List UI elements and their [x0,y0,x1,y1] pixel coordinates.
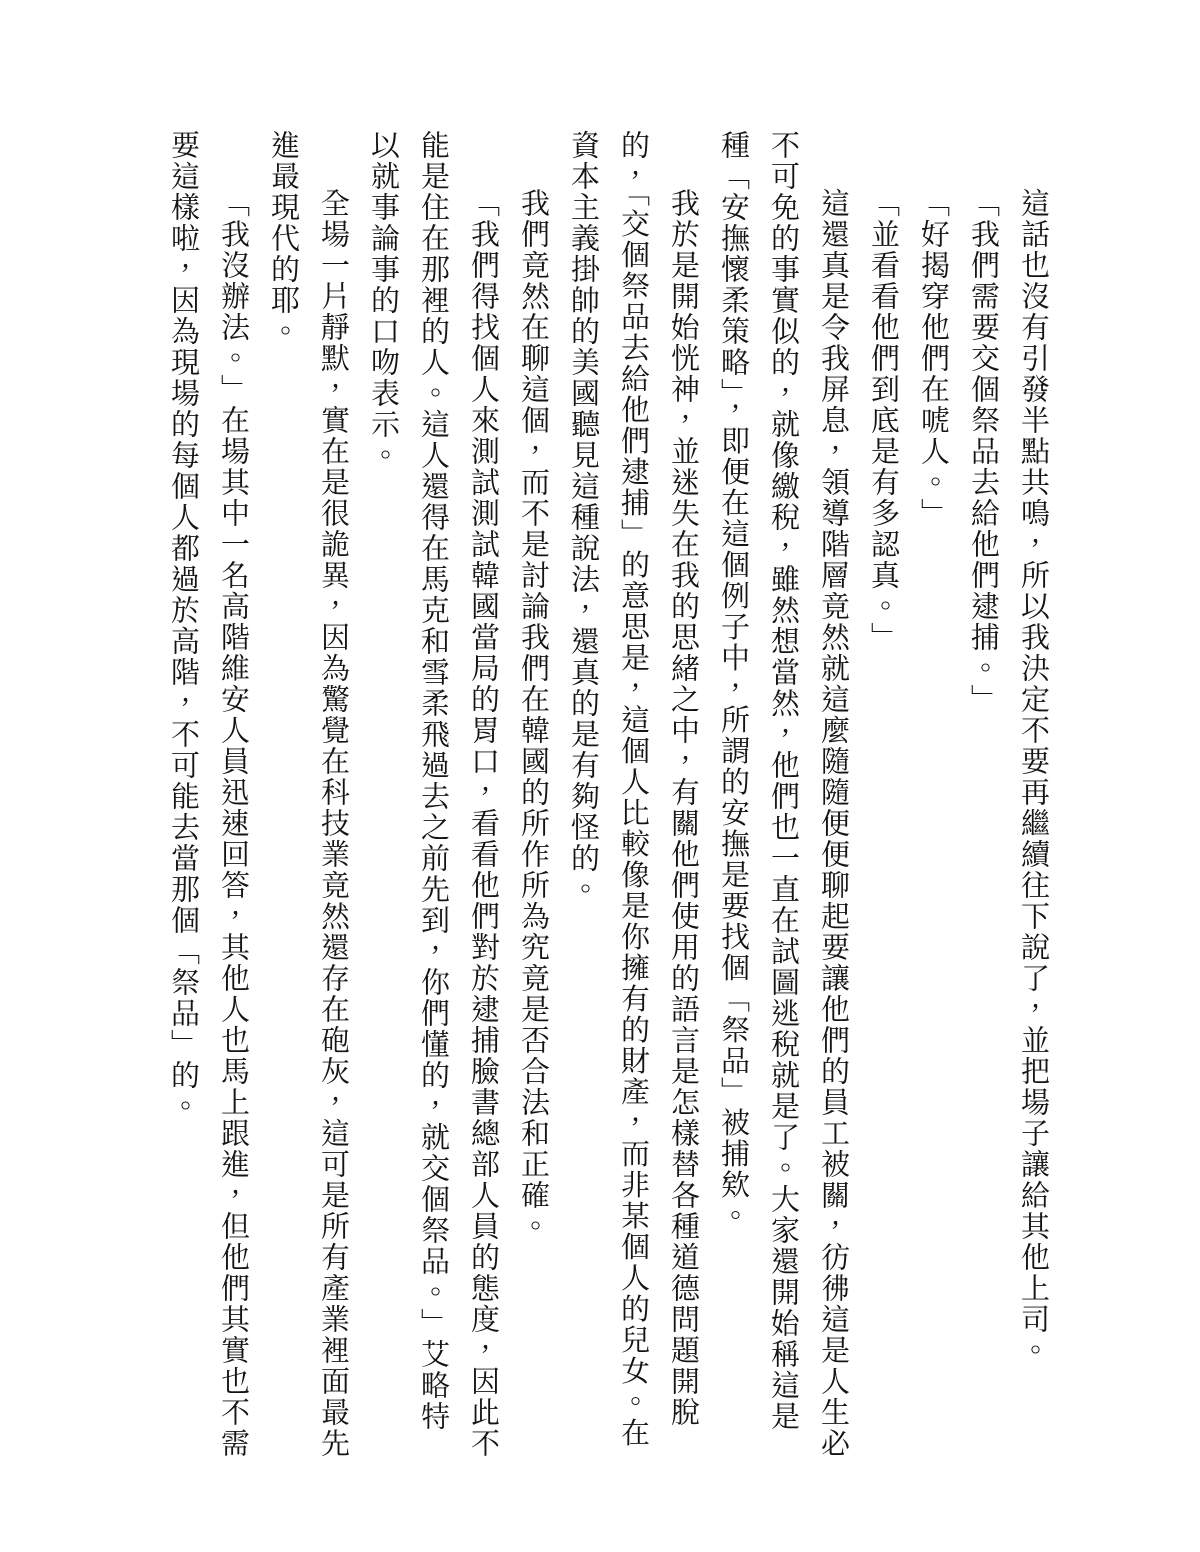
paragraph-9: 全場一片靜默，實在是很詭異，因為驚覺在科技業竟然還存在砲灰，這可是所有產業裡面最… [258,130,358,1462]
paragraph-3: 「好揭穿他們在唬人。」 [908,130,958,1462]
book-page: 這話也沒有引發半點共鳴，所以我決定不要再繼續往下說了，並把場子讓給其他上司。 「… [0,0,1200,1552]
paragraph-10: 「我沒辦法。」在場其中一名高階維安人員迅速回答，其他人也馬上跟進，但他們其實也不… [158,130,258,1462]
paragraph-8: 「我們得找個人來測試測試韓國當局的胃口，看看他們對於逮捕臉書總部人員的態度，因此… [358,130,508,1462]
paragraph-1: 這話也沒有引發半點共鳴，所以我決定不要再繼續往下說了，並把場子讓給其他上司。 [1008,130,1058,1462]
paragraph-2: 「我們需要交個祭品去給他們逮捕。」 [958,130,1008,1462]
body-text: 這話也沒有引發半點共鳴，所以我決定不要再繼續往下說了，並把場子讓給其他上司。 「… [158,130,1058,1462]
paragraph-5: 這還真是令我屏息，領導階層竟然就這麼隨隨便便聊起要讓他們的員工被關，彷彿這是人生… [708,130,858,1462]
paragraph-7: 我們竟然在聊這個，而不是討論我們在韓國的所作所為究竟是否合法和正確。 [508,130,558,1462]
paragraph-6: 我於是開始恍神，並迷失在我的思緒之中，有關他們使用的語言是怎樣替各種道德問題開脫… [558,130,708,1462]
paragraph-4: 「並看看他們到底是有多認真。」 [858,130,908,1462]
